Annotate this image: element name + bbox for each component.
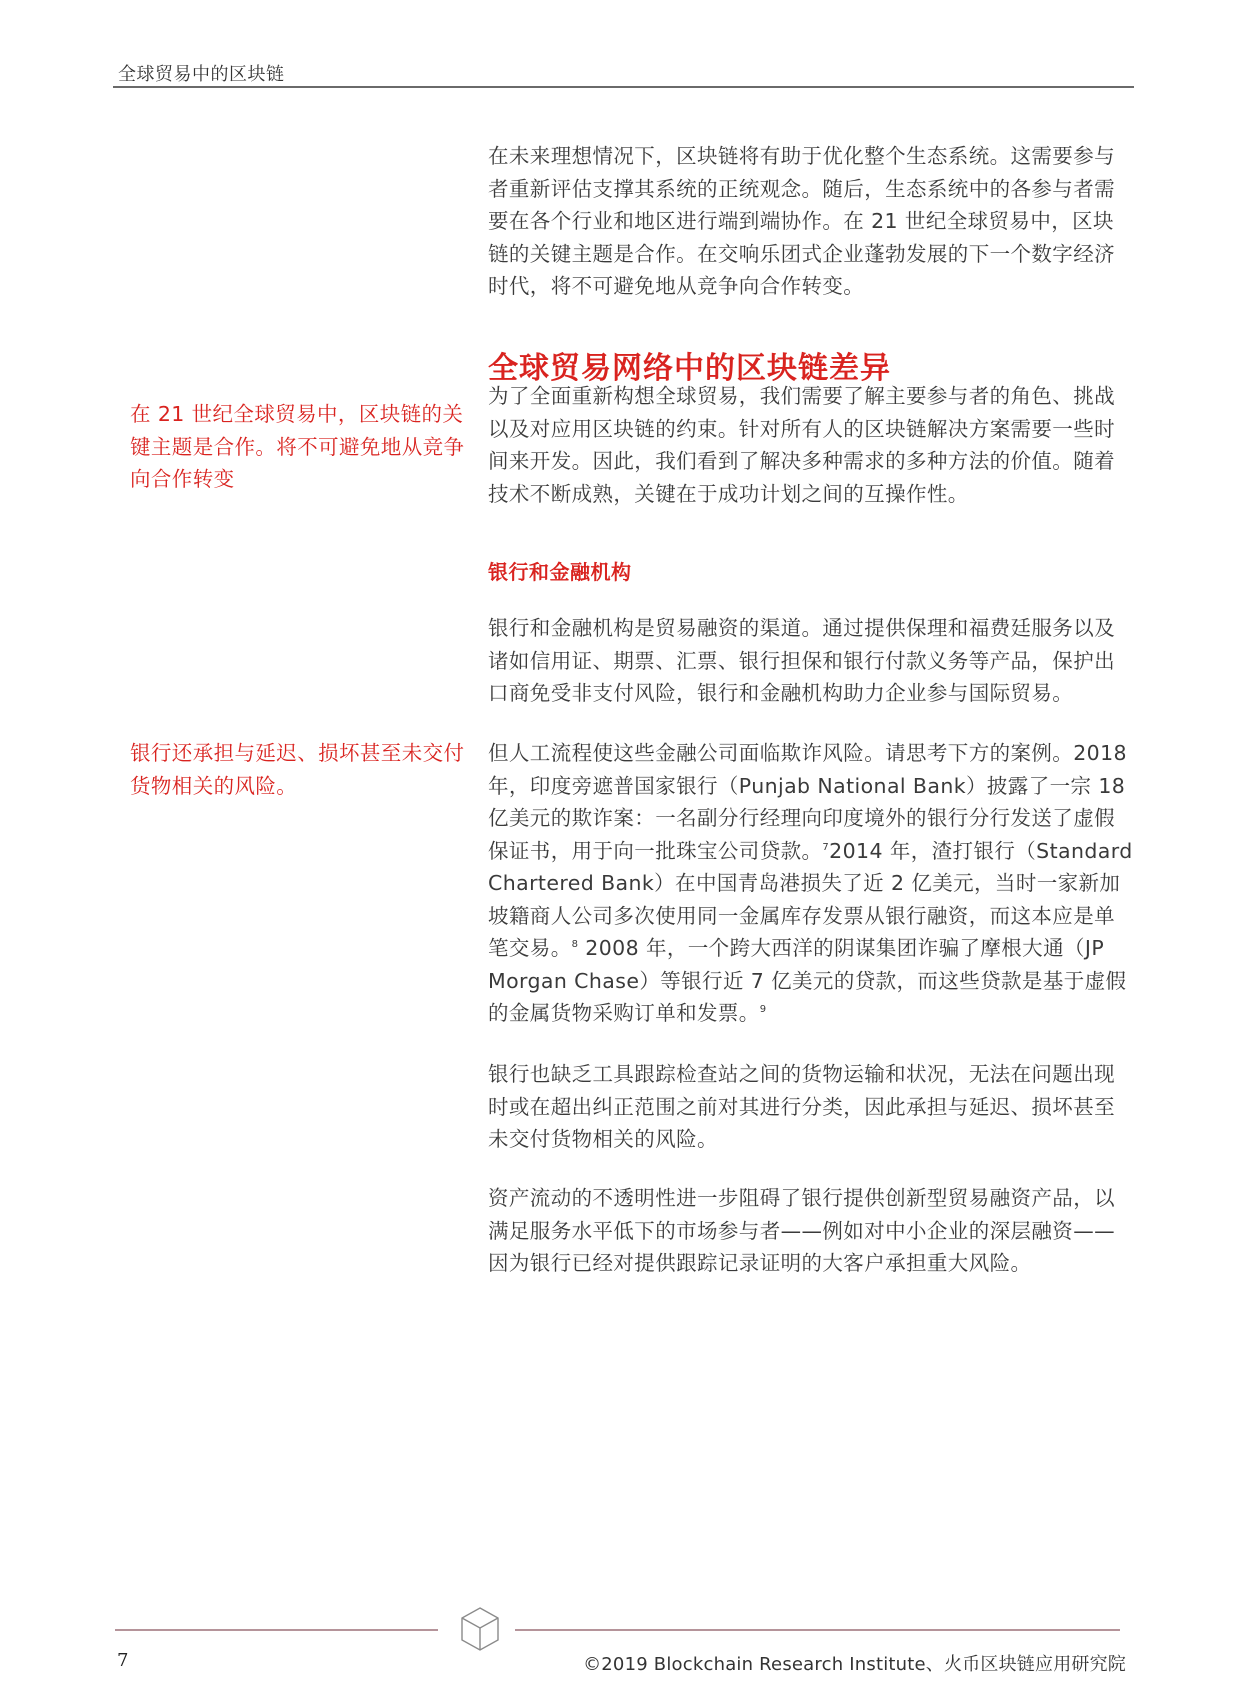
footer-divider-right	[515, 1629, 1120, 1631]
pullquote-1: 在 21 世纪全球贸易中，区块链的关键主题是合作。将不可避免地从竞争向合作转变	[130, 398, 470, 496]
page-number: 7	[117, 1650, 128, 1671]
footnote-ref-9[interactable]: 9	[760, 1004, 767, 1015]
fraud-text: 但人工流程使这些金融公司面临欺诈风险。请思考下方的案例。2018 年，印度旁遮普…	[488, 737, 1133, 1030]
opacity-text: 资产流动的不透明性进一步阻碍了银行提供创新型贸易融资产品，以满足服务水平低下的市…	[488, 1182, 1133, 1280]
section-text: 为了全面重新构想全球贸易，我们需要了解主要参与者的角色、挑战以及对应用区块链的约…	[488, 380, 1133, 510]
banks-text: 银行和金融机构是贸易融资的渠道。通过提供保理和福费廷服务以及诸如信用证、期票、汇…	[488, 612, 1133, 710]
subsection-heading: 银行和金融机构	[488, 556, 632, 585]
tracking-text: 银行也缺乏工具跟踪检查站之间的货物运输和状况，无法在问题出现时或在超出纠正范围之…	[488, 1058, 1133, 1156]
opacity-paragraph: 资产流动的不透明性进一步阻碍了银行提供创新型贸易融资产品，以满足服务水平低下的市…	[488, 1182, 1133, 1280]
fraud-paragraph: 但人工流程使这些金融公司面临欺诈风险。请思考下方的案例。2018 年，印度旁遮普…	[488, 737, 1133, 1030]
running-header-title: 全球贸易中的区块链	[118, 60, 285, 86]
footer-divider-left	[115, 1629, 438, 1631]
intro-text: 在未来理想情况下，区块链将有助于优化整个生态系统。这需要参与者重新评估支撑其系统…	[488, 140, 1133, 303]
section-paragraph: 为了全面重新构想全球贸易，我们需要了解主要参与者的角色、挑战以及对应用区块链的约…	[488, 380, 1133, 510]
banks-paragraph: 银行和金融机构是贸易融资的渠道。通过提供保理和福费廷服务以及诸如信用证、期票、汇…	[488, 612, 1133, 710]
tracking-paragraph: 银行也缺乏工具跟踪检查站之间的货物运输和状况，无法在问题出现时或在超出纠正范围之…	[488, 1058, 1133, 1156]
header-divider	[113, 86, 1134, 88]
copyright-notice: ©2019 Blockchain Research Institute、火币区块…	[583, 1650, 1126, 1676]
intro-paragraph: 在未来理想情况下，区块链将有助于优化整个生态系统。这需要参与者重新评估支撑其系统…	[488, 140, 1133, 303]
pullquote-1-text: 在 21 世纪全球贸易中，区块链的关键主题是合作。将不可避免地从竞争向合作转变	[130, 398, 470, 496]
cube-icon	[458, 1605, 502, 1653]
pullquote-2: 银行还承担与延迟、损坏甚至未交付货物相关的风险。	[130, 737, 470, 802]
pullquote-2-text: 银行还承担与延迟、损坏甚至未交付货物相关的风险。	[130, 737, 470, 802]
